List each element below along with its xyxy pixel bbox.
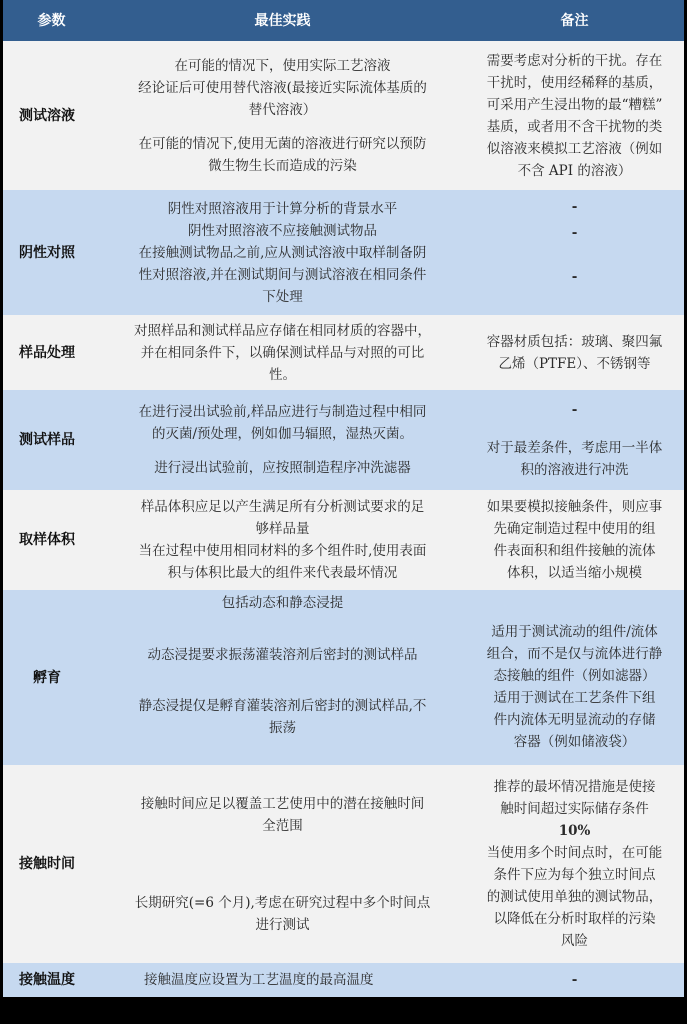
practice-line: 下处理 bbox=[108, 286, 457, 308]
practice-cell: 接触温度应设置为工艺温度的最高温度 bbox=[100, 963, 465, 997]
notes-line bbox=[471, 292, 678, 310]
best-practices-table: 参数 最佳实践 备注 测试溶液 在可能的情况下，使用实际工艺溶液 经论证后可使用… bbox=[3, 0, 684, 997]
notes-line: 积的溶液进行冲洗 bbox=[471, 459, 678, 481]
notes-line: 基质，或者用不含干扰物的类 bbox=[471, 116, 678, 138]
practice-line: 静态浸提仅是孵育灌装溶剂后密封的测试样品,不 bbox=[108, 695, 457, 717]
notes-line: 件表面积和组件接触的流体 bbox=[471, 540, 678, 562]
notes-line: 组合，而不是仅与流体进行静 bbox=[471, 643, 678, 665]
notes-line: 推荐的最坏情况措施是使接 bbox=[471, 776, 678, 798]
notes-line: 容器（例如储液袋） bbox=[471, 731, 678, 753]
table-header: 参数 最佳实践 备注 bbox=[3, 0, 684, 41]
practice-line: 在可能的情况下，使用实际工艺溶液 bbox=[108, 55, 457, 77]
notes-cell: - - - bbox=[465, 190, 684, 315]
notes-line: - bbox=[471, 399, 678, 421]
table-row-contact-time: 接触时间 接触时间应足以覆盖工艺使用中的潜在接触时间 全范围 长期研究(=6 个… bbox=[3, 765, 684, 963]
header-notes: 备注 bbox=[465, 0, 684, 41]
notes-line: 适用于测试在工艺条件下组 bbox=[471, 687, 678, 709]
notes-cell: 适用于测试流动的组件/流体 组合，而不是仅与流体进行静 态接触的组件（例如滤器）… bbox=[465, 590, 684, 765]
practice-line: 振荡 bbox=[108, 717, 457, 739]
notes-line: 件内流体无明显流动的存储 bbox=[471, 709, 678, 731]
notes-line: 的测试使用单独的测试物品， bbox=[471, 886, 678, 908]
practice-cell: 对照样品和测试样品应存储在相同材质的容器中， 并在相同条件下，以确保测试样品与对… bbox=[100, 315, 465, 390]
param-cell: 样品处理 bbox=[3, 315, 100, 390]
practice-line: 并在相同条件下，以确保测试样品与对照的可比 bbox=[108, 342, 457, 364]
practice-line: 积与体积比最大的组件来代表最坏情况 bbox=[108, 562, 457, 584]
notes-line: - bbox=[471, 266, 678, 292]
practice-line: 静态浸提仅是孵育灌装溶剂后密封的测试样品,不 振荡 bbox=[108, 695, 457, 739]
header-practice: 最佳实践 bbox=[100, 0, 465, 41]
practice-line: 替代溶液） bbox=[108, 99, 457, 121]
notes-line: 干扰时，使用经稀释的基质， bbox=[471, 72, 678, 94]
notes-line: 对于最差条件，考虑用一半体 bbox=[471, 437, 678, 459]
table-row-sampling-volume: 取样体积 样品体积应足以产生满足所有分析测试要求的足 够样品量 当在过程中使用相… bbox=[3, 490, 684, 590]
notes-line: 需要考虑对分析的干扰。存在 bbox=[471, 50, 678, 72]
notes-line: 适用于测试流动的组件/流体 bbox=[471, 621, 678, 643]
practice-line: 长期研究(=6 个月),考虑在研究过程中多个时间点 进行测试 bbox=[108, 892, 457, 936]
notes-line: 如果要模拟接触条件，则应事 bbox=[471, 496, 678, 518]
notes-line: 体积，以适当缩小规模 bbox=[471, 562, 678, 584]
practice-line: 接触时间应足以覆盖工艺使用中的潜在接触时间 全范围 bbox=[108, 793, 457, 837]
table-row-test-article: 测试样品 在进行浸出试验前,样品应进行与制造过程中相同 的灭菌/预处理，例如伽马… bbox=[3, 390, 684, 490]
notes-line bbox=[471, 248, 678, 266]
notes-cell: - bbox=[465, 963, 684, 997]
practice-line: 性。 bbox=[108, 364, 457, 386]
practice-line: 包括动态和静态浸提 bbox=[108, 592, 457, 614]
practice-line: 进行浸出试验前，应按照制造程序冲洗滤器 bbox=[108, 457, 457, 479]
practice-line: 性对照溶液,并在测试期间与测试溶液在相同条件 bbox=[108, 264, 457, 286]
header-param: 参数 bbox=[3, 0, 100, 41]
table-row-contact-temperature: 接触温度 接触温度应设置为工艺温度的最高温度 - bbox=[3, 963, 684, 997]
param-cell: 接触温度 bbox=[3, 963, 100, 997]
notes-line: 态接触的组件（例如滤器） bbox=[471, 665, 678, 687]
practice-cell: 阴性对照溶液用于计算分析的背景水平 阴性对照溶液不应接触测试物品 在接触测试物品… bbox=[100, 190, 465, 315]
notes-line: 容器材质包括：玻璃、聚四氟 bbox=[471, 331, 678, 353]
practice-line: 样品体积应足以产生满足所有分析测试要求的足 bbox=[108, 496, 457, 518]
practice-cell: 在进行浸出试验前,样品应进行与制造过程中相同 的灭菌/预处理，例如伽马辐照，湿热… bbox=[100, 390, 465, 490]
practice-line: 对照样品和测试样品应存储在相同材质的容器中， bbox=[108, 320, 457, 342]
param-cell: 接触时间 bbox=[3, 765, 100, 963]
notes-cell: - 对于最差条件，考虑用一半体 积的溶液进行冲洗 bbox=[465, 390, 684, 490]
table-row-incubation: 孵育 包括动态和静态浸提 动态浸提要求振荡灌装溶剂后密封的测试样品 静态浸提仅是… bbox=[3, 590, 684, 765]
practice-line: 在进行浸出试验前,样品应进行与制造过程中相同 bbox=[108, 401, 457, 423]
param-cell: 阴性对照 bbox=[3, 190, 100, 315]
practice-line: 阴性对照溶液用于计算分析的背景水平 bbox=[108, 198, 457, 220]
practice-line: 经论证后可使用替代溶液(最接近实际流体基质的 bbox=[108, 77, 457, 99]
table-row-sample-handling: 样品处理 对照样品和测试样品应存储在相同材质的容器中， 并在相同条件下，以确保测… bbox=[3, 315, 684, 390]
notes-line: - bbox=[471, 969, 678, 991]
practice-line: 全范围 bbox=[108, 815, 457, 837]
notes-line: 似溶液来模拟工艺溶液（例如 bbox=[471, 138, 678, 160]
table-row-negative-control: 阴性对照 阴性对照溶液用于计算分析的背景水平 阴性对照溶液不应接触测试物品 在接… bbox=[3, 190, 684, 315]
practice-line: 动态浸提要求振荡灌装溶剂后密封的测试样品 bbox=[108, 644, 457, 666]
notes-cell: 容器材质包括：玻璃、聚四氟 乙烯（PTFE）、不锈钢等 bbox=[465, 315, 684, 390]
practice-line: 阴性对照溶液不应接触测试物品 bbox=[108, 220, 457, 242]
notes-cell: 如果要模拟接触条件，则应事 先确定制造过程中使用的组 件表面积和组件接触的流体 … bbox=[465, 490, 684, 590]
notes-line: 10% bbox=[471, 820, 678, 842]
notes-line: 乙烯（PTFE）、不锈钢等 bbox=[471, 353, 678, 375]
practice-cell: 包括动态和静态浸提 动态浸提要求振荡灌装溶剂后密封的测试样品 静态浸提仅是孵育灌… bbox=[100, 590, 465, 765]
notes-line: 条件下应为每个独立时间点 bbox=[471, 864, 678, 886]
notes-line: 先确定制造过程中使用的组 bbox=[471, 518, 678, 540]
practice-line: 进行测试 bbox=[108, 914, 457, 936]
notes-cell: 需要考虑对分析的干扰。存在 干扰时，使用经稀释的基质， 可采用产生浸出物的最“糟… bbox=[465, 41, 684, 190]
notes-line: 风险 bbox=[471, 930, 678, 952]
param-cell: 测试样品 bbox=[3, 390, 100, 490]
practice-line: 当在过程中使用相同材料的多个组件时,使用表面 bbox=[108, 540, 457, 562]
practice-line: 在可能的情况下,使用无菌的溶液进行研究以预防 bbox=[108, 133, 457, 155]
notes-cell: 推荐的最坏情况措施是使接 触时间超过实际储存条件 10% 当使用多个时间点时，在… bbox=[465, 765, 684, 963]
param-cell: 取样体积 bbox=[3, 490, 100, 590]
notes-line: 可采用产生浸出物的最“糟糕” bbox=[471, 94, 678, 116]
practice-line: 在接触测试物品之前,应从测试溶液中取样制备阴 bbox=[108, 242, 457, 264]
practice-cell: 接触时间应足以覆盖工艺使用中的潜在接触时间 全范围 长期研究(=6 个月),考虑… bbox=[100, 765, 465, 963]
practice-line: 接触温度应设置为工艺温度的最高温度 bbox=[144, 969, 457, 991]
notes-line: - bbox=[471, 222, 678, 248]
practice-line: 的灭菌/预处理，例如伽马辐照，湿热灭菌。 bbox=[108, 423, 457, 445]
practice-cell: 在可能的情况下，使用实际工艺溶液 经论证后可使用替代溶液(最接近实际流体基质的 … bbox=[100, 41, 465, 190]
param-cell: 测试溶液 bbox=[3, 41, 100, 190]
practice-line: 接触时间应足以覆盖工艺使用中的潜在接触时间 bbox=[108, 793, 457, 815]
practice-line: 微生物生长而造成的污染 bbox=[108, 155, 457, 177]
notes-line: 触时间超过实际储存条件 bbox=[471, 798, 678, 820]
notes-line: 不含 API 的溶液） bbox=[471, 160, 678, 182]
practice-line: 长期研究(=6 个月),考虑在研究过程中多个时间点 bbox=[108, 892, 457, 914]
notes-line: - bbox=[471, 196, 678, 222]
table-row-test-solution: 测试溶液 在可能的情况下，使用实际工艺溶液 经论证后可使用替代溶液(最接近实际流… bbox=[3, 41, 684, 190]
param-cell: 孵育 bbox=[3, 590, 100, 765]
practice-cell: 样品体积应足以产生满足所有分析测试要求的足 够样品量 当在过程中使用相同材料的多… bbox=[100, 490, 465, 590]
practice-line: 够样品量 bbox=[108, 518, 457, 540]
notes-line: 当使用多个时间点时，在可能 bbox=[471, 842, 678, 864]
notes-line: 以降低在分析时取样的污染 bbox=[471, 908, 678, 930]
